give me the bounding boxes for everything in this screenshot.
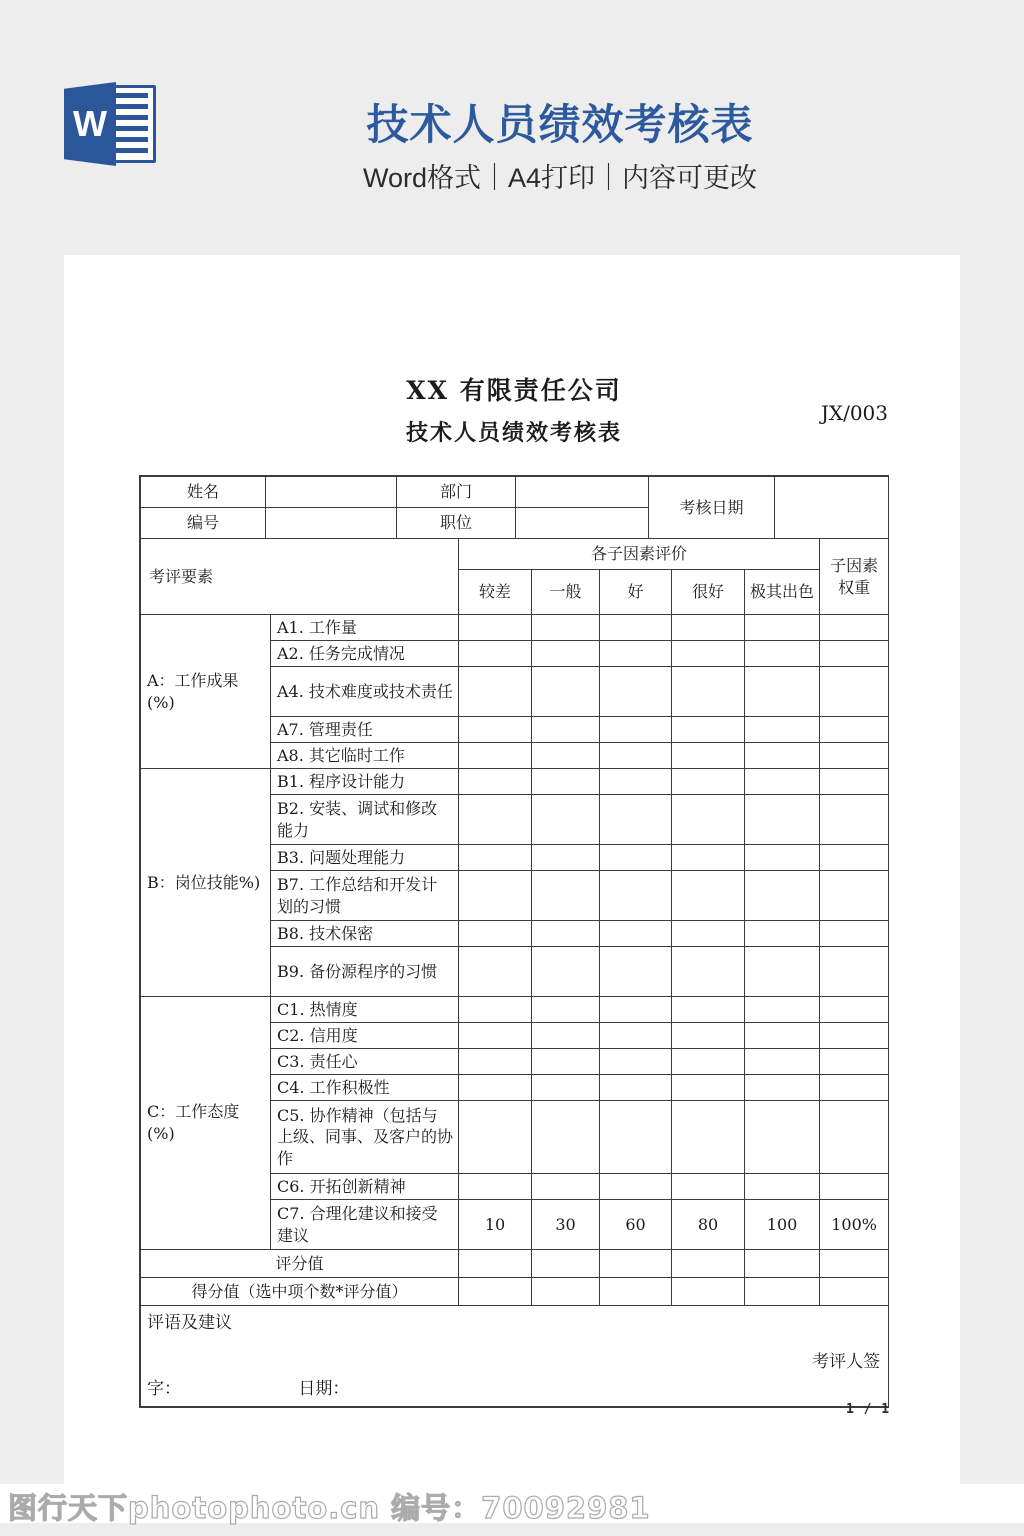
weight-cell bbox=[820, 717, 889, 743]
total-cell bbox=[459, 1278, 532, 1306]
rating-cell bbox=[672, 769, 745, 795]
rating-cell bbox=[745, 1174, 820, 1200]
rating-cell bbox=[672, 947, 745, 997]
factors-table: 考评要素 各子因素评价 子因素权重 较差 一般 好 很好 极其出色 A：工作成果… bbox=[140, 538, 889, 1407]
rating-cell bbox=[745, 1023, 820, 1049]
item-label-cell: B8. 技术保密 bbox=[271, 921, 459, 947]
score-cell bbox=[672, 1250, 745, 1278]
rating-cell bbox=[745, 871, 820, 921]
item-label-cell: A2. 任务完成情况 bbox=[271, 641, 459, 667]
rating-cell bbox=[600, 1049, 672, 1075]
weight-cell bbox=[820, 947, 889, 997]
score-cell bbox=[820, 1250, 889, 1278]
total-cell bbox=[672, 1278, 745, 1306]
page-indicator: 1 / 1 bbox=[846, 1402, 890, 1417]
rating-header-excellent: 极其出色 bbox=[745, 570, 820, 615]
rating-cell bbox=[745, 845, 820, 871]
weight-cell bbox=[820, 921, 889, 947]
dept-value-cell bbox=[516, 477, 649, 508]
rating-cell bbox=[600, 1101, 672, 1174]
rating-cell bbox=[672, 717, 745, 743]
weight-cell bbox=[820, 641, 889, 667]
rating-cell bbox=[745, 1075, 820, 1101]
category-cell: C：工作态度 (%) bbox=[141, 997, 271, 1250]
rating-cell bbox=[672, 997, 745, 1023]
rating-cell bbox=[745, 1049, 820, 1075]
template-title: 技术人员绩效考核表 bbox=[0, 92, 1024, 152]
template-subtitle: Word格式｜A4打印｜内容可更改 bbox=[0, 156, 1024, 195]
rating-cell bbox=[745, 717, 820, 743]
total-cell bbox=[532, 1278, 600, 1306]
rating-cell bbox=[672, 871, 745, 921]
item-label-cell: A7. 管理责任 bbox=[271, 717, 459, 743]
item-label-cell: C6. 开拓创新精神 bbox=[271, 1174, 459, 1200]
weight-cell bbox=[820, 769, 889, 795]
rating-cell bbox=[459, 743, 532, 769]
rating-header-fair: 一般 bbox=[532, 570, 600, 615]
rating-cell bbox=[532, 769, 600, 795]
rating-cell bbox=[672, 795, 745, 845]
weight-cell bbox=[820, 1174, 889, 1200]
signature-line: 字： 日期： bbox=[147, 1378, 349, 1401]
total-cell bbox=[600, 1278, 672, 1306]
name-value-cell bbox=[266, 477, 397, 508]
rating-cell bbox=[532, 795, 600, 845]
rating-cell bbox=[745, 795, 820, 845]
rating-cell bbox=[532, 667, 600, 717]
rating-cell bbox=[459, 1174, 532, 1200]
weight-cell bbox=[820, 1049, 889, 1075]
rating-cell bbox=[459, 947, 532, 997]
rating-cell bbox=[600, 615, 672, 641]
rating-cell bbox=[532, 641, 600, 667]
score-row-label: 评分值 bbox=[141, 1250, 459, 1278]
rating-cell bbox=[459, 717, 532, 743]
rating-cell bbox=[745, 667, 820, 717]
sign-prefix: 字： bbox=[147, 1379, 181, 1399]
rating-cell bbox=[745, 615, 820, 641]
rating-cell bbox=[459, 997, 532, 1023]
date-value-cell bbox=[775, 477, 889, 539]
document-title: 技术人员绩效考核表 bbox=[140, 416, 888, 447]
rating-cell bbox=[600, 795, 672, 845]
weight-cell bbox=[820, 1075, 889, 1101]
rating-cell bbox=[745, 947, 820, 997]
rating-cell bbox=[600, 871, 672, 921]
rating-cell bbox=[600, 1075, 672, 1101]
factor-row: C：工作态度 (%)C1. 热情度 bbox=[141, 997, 889, 1023]
weight-cell bbox=[820, 845, 889, 871]
item-label-cell: C5. 协作精神（包括与上级、同事、及客户的协作 bbox=[271, 1101, 459, 1174]
rating-cell bbox=[672, 921, 745, 947]
info-table: 姓名 部门 考核日期 编号 职位 bbox=[140, 476, 889, 539]
rating-cell bbox=[459, 1049, 532, 1075]
rating-cell bbox=[672, 641, 745, 667]
category-cell: A：工作成果 (%) bbox=[141, 615, 271, 769]
weight-cell bbox=[820, 795, 889, 845]
document-page: XX 有限责任公司 JX/003 技术人员绩效考核表 姓名 部门 考核日期 编 bbox=[64, 255, 960, 1523]
rating-cell bbox=[532, 845, 600, 871]
rating-cell bbox=[532, 1049, 600, 1075]
rating-cell bbox=[532, 871, 600, 921]
rating-cell bbox=[459, 1101, 532, 1174]
rating-cell bbox=[532, 921, 600, 947]
score-cell bbox=[600, 1250, 672, 1278]
rating-header-poor: 较差 bbox=[459, 570, 532, 615]
weight-cell bbox=[820, 615, 889, 641]
rating-cell bbox=[600, 641, 672, 667]
item-label-cell: C2. 信用度 bbox=[271, 1023, 459, 1049]
item-label-cell: C1. 热情度 bbox=[271, 997, 459, 1023]
rating-cell bbox=[459, 641, 532, 667]
rating-cell bbox=[459, 845, 532, 871]
rating-cell bbox=[532, 1101, 600, 1174]
rating-cell bbox=[672, 845, 745, 871]
rating-cell bbox=[745, 769, 820, 795]
total-cell bbox=[745, 1278, 820, 1306]
rating-cell bbox=[532, 1174, 600, 1200]
item-label-cell: B2. 安装、调试和修改能力 bbox=[271, 795, 459, 845]
item-label-cell: A4. 技术难度或技术责任 bbox=[271, 667, 459, 717]
id-value-cell bbox=[266, 508, 397, 539]
rating-cell bbox=[532, 947, 600, 997]
weight-cell bbox=[820, 1023, 889, 1049]
rating-cell bbox=[532, 1075, 600, 1101]
rating-cell bbox=[745, 1101, 820, 1174]
rating-cell bbox=[672, 1075, 745, 1101]
rating-cell: 100 bbox=[745, 1200, 820, 1250]
id-label: 编号 bbox=[141, 508, 266, 539]
rating-header-verygood: 很好 bbox=[672, 570, 745, 615]
header-banner: W 技术人员绩效考核表 Word格式｜A4打印｜内容可更改 bbox=[0, 0, 1024, 255]
date-prefix: 日期： bbox=[298, 1379, 349, 1399]
rating-header-good: 好 bbox=[600, 570, 672, 615]
rating-cell bbox=[600, 947, 672, 997]
item-label-cell: C4. 工作积极性 bbox=[271, 1075, 459, 1101]
rating-cell: 60 bbox=[600, 1200, 672, 1250]
item-label-cell: B3. 问题处理能力 bbox=[271, 845, 459, 871]
weight-cell: 100% bbox=[820, 1200, 889, 1250]
rating-cell bbox=[459, 1023, 532, 1049]
watermark-band: 图行天下photophoto.cn 编号：70092981 bbox=[0, 1484, 1024, 1523]
item-label-cell: A8. 其它临时工作 bbox=[271, 743, 459, 769]
watermark-text: 图行天下photophoto.cn 编号：70092981 bbox=[8, 1486, 651, 1527]
rating-cell: 10 bbox=[459, 1200, 532, 1250]
weight-column-header: 子因素权重 bbox=[820, 539, 889, 615]
rating-cell bbox=[600, 769, 672, 795]
rating-cell bbox=[672, 1101, 745, 1174]
eval-group-header: 各子因素评价 bbox=[459, 539, 820, 570]
rating-cell bbox=[600, 667, 672, 717]
rating-cell bbox=[672, 743, 745, 769]
rating-cell bbox=[459, 795, 532, 845]
rating-cell bbox=[532, 615, 600, 641]
weight-cell bbox=[820, 667, 889, 717]
rating-cell bbox=[600, 717, 672, 743]
rating-cell bbox=[672, 1049, 745, 1075]
score-cell bbox=[745, 1250, 820, 1278]
item-label-cell: B1. 程序设计能力 bbox=[271, 769, 459, 795]
rating-cell: 80 bbox=[672, 1200, 745, 1250]
rating-cell bbox=[600, 921, 672, 947]
rating-cell bbox=[459, 615, 532, 641]
rating-cell bbox=[532, 717, 600, 743]
rating-cell bbox=[745, 921, 820, 947]
factor-row: A：工作成果 (%)A1. 工作量 bbox=[141, 615, 889, 641]
rating-cell bbox=[459, 921, 532, 947]
weight-cell bbox=[820, 997, 889, 1023]
weight-cell bbox=[820, 1101, 889, 1174]
weight-cell bbox=[820, 871, 889, 921]
category-cell: B：岗位技能%) bbox=[141, 769, 271, 997]
comments-label: 评语及建议 bbox=[147, 1312, 232, 1335]
name-label: 姓名 bbox=[141, 477, 266, 508]
rating-cell bbox=[459, 1075, 532, 1101]
rating-cell bbox=[459, 769, 532, 795]
rating-cell bbox=[600, 743, 672, 769]
factor-column-header: 考评要素 bbox=[141, 539, 459, 615]
rating-cell: 30 bbox=[532, 1200, 600, 1250]
weight-cell bbox=[820, 743, 889, 769]
assessor-sign-label: 考评人签 bbox=[812, 1351, 880, 1374]
score-cell bbox=[532, 1250, 600, 1278]
rating-cell bbox=[532, 997, 600, 1023]
position-value-cell bbox=[516, 508, 649, 539]
rating-cell bbox=[600, 845, 672, 871]
total-row-label: 得分值（选中项个数*评分值） bbox=[141, 1278, 459, 1306]
rating-cell bbox=[672, 1023, 745, 1049]
rating-cell bbox=[532, 1023, 600, 1049]
item-label-cell: A1. 工作量 bbox=[271, 615, 459, 641]
item-label-cell: B7. 工作总结和开发计划的习惯 bbox=[271, 871, 459, 921]
company-name: XX 有限责任公司 bbox=[140, 371, 888, 407]
rating-cell bbox=[745, 641, 820, 667]
rating-cell bbox=[459, 667, 532, 717]
comments-block: 评语及建议 考评人签 字： 日期： bbox=[141, 1306, 889, 1407]
rating-cell bbox=[745, 997, 820, 1023]
rating-cell bbox=[532, 743, 600, 769]
rating-cell bbox=[672, 667, 745, 717]
dept-label: 部门 bbox=[397, 477, 516, 508]
factor-row: B：岗位技能%)B1. 程序设计能力 bbox=[141, 769, 889, 795]
rating-cell bbox=[672, 1174, 745, 1200]
position-label: 职位 bbox=[397, 508, 516, 539]
item-label-cell: B9. 备份源程序的习惯 bbox=[271, 947, 459, 997]
rating-cell bbox=[745, 743, 820, 769]
rating-cell bbox=[600, 1174, 672, 1200]
total-cell bbox=[820, 1278, 889, 1306]
assessment-table: 姓名 部门 考核日期 编号 职位 bbox=[140, 476, 888, 1407]
score-cell bbox=[459, 1250, 532, 1278]
rating-cell bbox=[459, 871, 532, 921]
item-label-cell: C3. 责任心 bbox=[271, 1049, 459, 1075]
item-label-cell: C7. 合理化建议和接受建议 bbox=[271, 1200, 459, 1250]
document-code: JX/003 bbox=[821, 401, 888, 425]
rating-cell bbox=[600, 997, 672, 1023]
date-label: 考核日期 bbox=[649, 477, 775, 539]
rating-cell bbox=[672, 615, 745, 641]
rating-cell bbox=[600, 1023, 672, 1049]
